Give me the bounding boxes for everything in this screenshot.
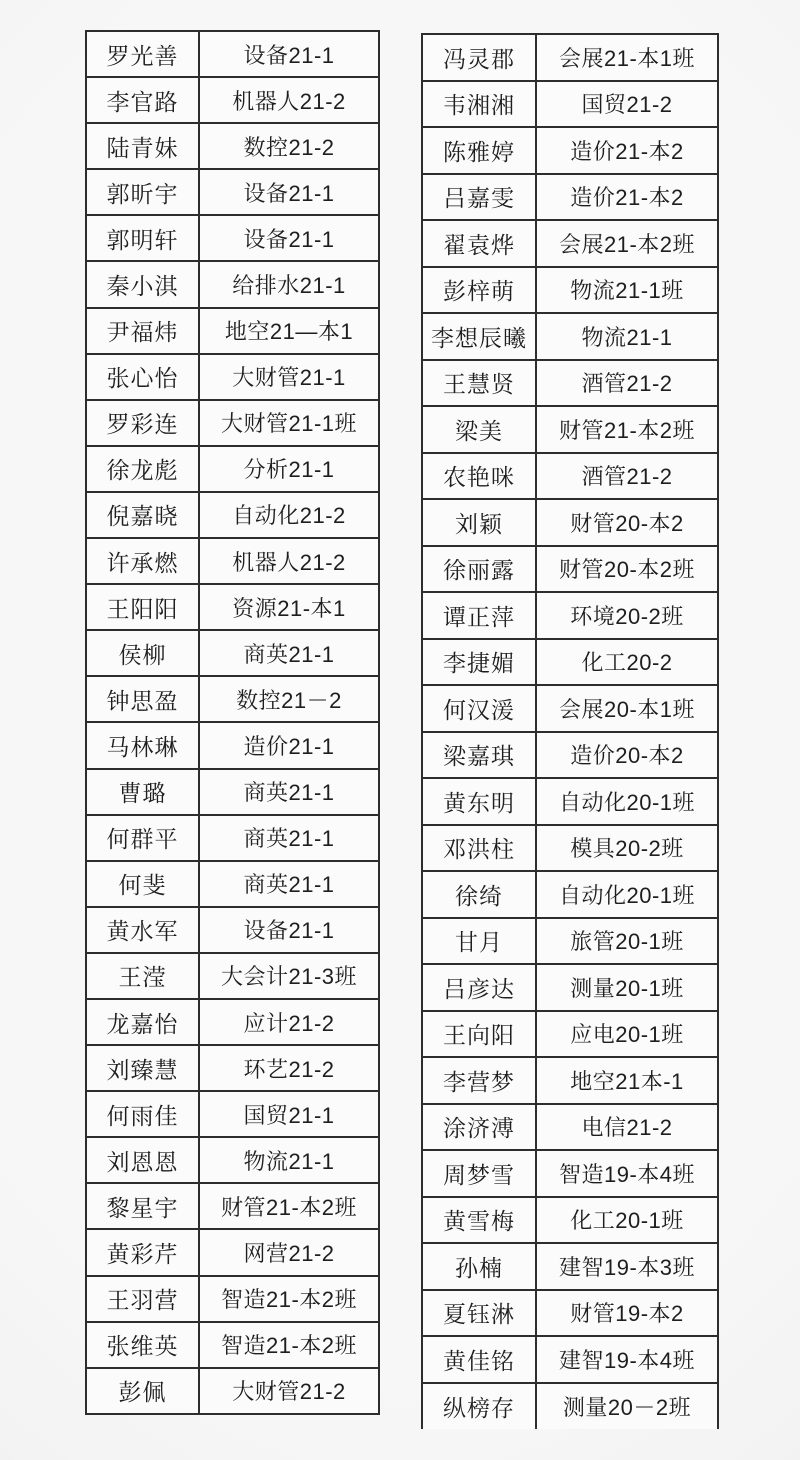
class-name-cell: 财管19-本2 (536, 1290, 718, 1337)
student-name-cell: 何雨佳 (86, 1091, 199, 1137)
student-name-cell: 曹璐 (86, 769, 199, 815)
class-name-cell: 化工20-2 (536, 639, 718, 686)
student-row: 罗彩连大财管21-1班 (86, 400, 379, 446)
student-row: 何斐商英21-1 (86, 861, 379, 907)
class-name-cell: 国贸21-2 (536, 81, 718, 128)
student-row: 邓洪柱模具20-2班 (422, 825, 718, 872)
student-name-cell: 涂济溥 (422, 1104, 536, 1151)
student-row: 黄东明自动化20-1班 (422, 778, 718, 825)
class-name-cell: 物流21-1班 (536, 267, 718, 314)
student-row: 陆青妹数控21-2 (86, 123, 379, 169)
class-name-cell: 环艺21-2 (199, 1045, 379, 1091)
student-name-cell: 秦小淇 (86, 261, 199, 307)
student-name-cell: 王阳阳 (86, 584, 199, 630)
student-name-cell: 冯灵郡 (422, 34, 536, 81)
class-name-cell: 大财管21-1班 (199, 400, 379, 446)
class-name-cell: 会展21-本2班 (536, 220, 718, 267)
student-name-cell: 郭明轩 (86, 215, 199, 261)
class-name-cell: 分析21-1 (199, 446, 379, 492)
class-name-cell: 财管21-本2班 (536, 406, 718, 453)
student-name-cell: 刘颖 (422, 499, 536, 546)
class-name-cell: 给排水21-1 (199, 261, 379, 307)
class-name-cell: 商英21-1 (199, 815, 379, 861)
student-name-cell: 梁美 (422, 406, 536, 453)
class-name-cell: 造价21-本2 (536, 127, 718, 174)
student-name-cell: 黄水军 (86, 907, 199, 953)
student-row: 刘臻慧环艺21-2 (86, 1045, 379, 1091)
class-name-cell: 机器人21-2 (199, 538, 379, 584)
student-row: 郭明轩设备21-1 (86, 215, 379, 261)
student-name-cell: 周梦雪 (422, 1150, 536, 1197)
class-name-cell: 商英21-1 (199, 861, 379, 907)
class-name-cell: 电信21-2 (536, 1104, 718, 1151)
student-row: 农艳咪酒管21-2 (422, 453, 718, 500)
student-name-cell: 刘恩恩 (86, 1137, 199, 1183)
class-name-cell: 地空21本-1 (536, 1057, 718, 1104)
student-name-cell: 吕嘉雯 (422, 174, 536, 221)
class-name-cell: 酒管21-2 (536, 453, 718, 500)
class-name-cell: 设备21-1 (199, 31, 379, 77)
student-name-cell: 翟袁烨 (422, 220, 536, 267)
class-name-cell: 设备21-1 (199, 907, 379, 953)
student-row: 罗光善设备21-1 (86, 31, 379, 77)
class-name-cell: 化工20-1班 (536, 1197, 718, 1244)
student-row: 梁嘉琪造价20-本2 (422, 732, 718, 779)
class-name-cell: 智造19-本4班 (536, 1150, 718, 1197)
class-name-cell: 国贸21-1 (199, 1091, 379, 1137)
class-name-cell: 自动化20-1班 (536, 778, 718, 825)
class-name-cell: 造价20-本2 (536, 732, 718, 779)
student-row: 翟袁烨会展21-本2班 (422, 220, 718, 267)
student-name-cell: 徐绮 (422, 871, 536, 918)
class-name-cell: 应计21-2 (199, 999, 379, 1045)
student-row: 王向阳应电20-1班 (422, 1011, 718, 1058)
student-name-cell: 许承燃 (86, 538, 199, 584)
student-name-cell: 纵榜存 (422, 1383, 536, 1430)
student-name-cell: 梁嘉琪 (422, 732, 536, 779)
class-name-cell: 数控21－2 (199, 676, 379, 722)
student-row: 黎星宇财管21-本2班 (86, 1183, 379, 1229)
class-name-cell: 建智19-本3班 (536, 1243, 718, 1290)
student-name-cell: 吕彦达 (422, 964, 536, 1011)
student-row: 张心怡大财管21-1 (86, 354, 379, 400)
student-name-cell: 马林琳 (86, 722, 199, 768)
student-name-cell: 谭正萍 (422, 592, 536, 639)
class-name-cell: 造价21-本2 (536, 174, 718, 221)
student-row: 甘月旅管20-1班 (422, 918, 718, 965)
student-name-cell: 张心怡 (86, 354, 199, 400)
class-name-cell: 资源21-本1 (199, 584, 379, 630)
class-name-cell: 测量20－2班 (536, 1383, 718, 1430)
student-row: 马林琳造价21-1 (86, 722, 379, 768)
student-name-cell: 韦湘湘 (422, 81, 536, 128)
student-row: 钟思盈数控21－2 (86, 676, 379, 722)
student-row: 徐丽露财管20-本2班 (422, 546, 718, 593)
class-name-cell: 财管20-本2班 (536, 546, 718, 593)
class-name-cell: 财管21-本2班 (199, 1183, 379, 1229)
student-row: 李捷媚化工20-2 (422, 639, 718, 686)
class-name-cell: 财管20-本2 (536, 499, 718, 546)
student-row: 李想辰曦物流21-1 (422, 313, 718, 360)
student-row: 周梦雪智造19-本4班 (422, 1150, 718, 1197)
student-row: 王羽营智造21-本2班 (86, 1276, 379, 1322)
student-name-cell: 李官路 (86, 77, 199, 123)
class-name-cell: 模具20-2班 (536, 825, 718, 872)
student-name-cell: 夏钰淋 (422, 1290, 536, 1337)
student-row: 刘恩恩物流21-1 (86, 1137, 379, 1183)
student-name-cell: 张维英 (86, 1322, 199, 1368)
student-row: 倪嘉晓自动化21-2 (86, 492, 379, 538)
student-row: 吕嘉雯造价21-本2 (422, 174, 718, 221)
student-row: 冯灵郡会展21-本1班 (422, 34, 718, 81)
roster-table-left-body: 罗光善设备21-1李官路机器人21-2陆青妹数控21-2郭昕宇设备21-1郭明轩… (86, 31, 379, 1414)
class-name-cell: 测量20-1班 (536, 964, 718, 1011)
student-name-cell: 刘臻慧 (86, 1045, 199, 1091)
class-name-cell: 智造21-本2班 (199, 1322, 379, 1368)
student-name-cell: 邓洪柱 (422, 825, 536, 872)
student-row: 纵榜存测量20－2班 (422, 1383, 718, 1430)
student-name-cell: 何汉湲 (422, 685, 536, 732)
student-name-cell: 徐丽露 (422, 546, 536, 593)
student-row: 李营梦地空21本-1 (422, 1057, 718, 1104)
student-row: 郭昕宇设备21-1 (86, 169, 379, 215)
student-row: 刘颖财管20-本2 (422, 499, 718, 546)
student-name-cell: 徐龙彪 (86, 446, 199, 492)
student-row: 曹璐商英21-1 (86, 769, 379, 815)
student-row: 黄雪梅化工20-1班 (422, 1197, 718, 1244)
class-name-cell: 自动化21-2 (199, 492, 379, 538)
student-row: 王慧贤酒管21-2 (422, 360, 718, 407)
student-row: 尹福炜地空21—本1 (86, 308, 379, 354)
student-row: 徐龙彪分析21-1 (86, 446, 379, 492)
class-name-cell: 自动化20-1班 (536, 871, 718, 918)
class-name-cell: 数控21-2 (199, 123, 379, 169)
student-name-cell: 陈雅婷 (422, 127, 536, 174)
class-name-cell: 旅管20-1班 (536, 918, 718, 965)
student-row: 秦小淇给排水21-1 (86, 261, 379, 307)
student-name-cell: 黄雪梅 (422, 1197, 536, 1244)
student-row: 韦湘湘国贸21-2 (422, 81, 718, 128)
student-row: 彭佩大财管21-2 (86, 1368, 379, 1414)
class-name-cell: 商英21-1 (199, 630, 379, 676)
student-row: 涂济溥电信21-2 (422, 1104, 718, 1151)
student-name-cell: 罗彩连 (86, 400, 199, 446)
student-row: 梁美财管21-本2班 (422, 406, 718, 453)
student-name-cell: 何群平 (86, 815, 199, 861)
class-name-cell: 大会计21-3班 (199, 953, 379, 999)
student-name-cell: 黄彩芹 (86, 1229, 199, 1275)
class-name-cell: 会展20-本1班 (536, 685, 718, 732)
class-name-cell: 商英21-1 (199, 769, 379, 815)
class-name-cell: 酒管21-2 (536, 360, 718, 407)
student-row: 何雨佳国贸21-1 (86, 1091, 379, 1137)
class-name-cell: 会展21-本1班 (536, 34, 718, 81)
class-name-cell: 造价21-1 (199, 722, 379, 768)
student-name-cell: 罗光善 (86, 31, 199, 77)
student-name-cell: 何斐 (86, 861, 199, 907)
student-name-cell: 李捷媚 (422, 639, 536, 686)
class-name-cell: 环境20-2班 (536, 592, 718, 639)
student-name-cell: 陆青妹 (86, 123, 199, 169)
student-row: 夏钰淋财管19-本2 (422, 1290, 718, 1337)
student-name-cell: 侯柳 (86, 630, 199, 676)
student-row: 徐绮自动化20-1班 (422, 871, 718, 918)
class-name-cell: 机器人21-2 (199, 77, 379, 123)
student-row: 吕彦达测量20-1班 (422, 964, 718, 1011)
student-name-cell: 尹福炜 (86, 308, 199, 354)
student-row: 黄水军设备21-1 (86, 907, 379, 953)
student-name-cell: 王滢 (86, 953, 199, 999)
student-name-cell: 倪嘉晓 (86, 492, 199, 538)
student-name-cell: 王向阳 (422, 1011, 536, 1058)
student-name-cell: 李想辰曦 (422, 313, 536, 360)
class-name-cell: 大财管21-1 (199, 354, 379, 400)
student-name-cell: 郭昕宇 (86, 169, 199, 215)
class-name-cell: 物流21-1 (199, 1137, 379, 1183)
student-row: 王阳阳资源21-本1 (86, 584, 379, 630)
class-name-cell: 应电20-1班 (536, 1011, 718, 1058)
student-row: 黄彩芹网营21-2 (86, 1229, 379, 1275)
student-name-cell: 龙嘉怡 (86, 999, 199, 1045)
student-name-cell: 甘月 (422, 918, 536, 965)
class-name-cell: 设备21-1 (199, 215, 379, 261)
class-name-cell: 智造21-本2班 (199, 1276, 379, 1322)
class-name-cell: 设备21-1 (199, 169, 379, 215)
class-name-cell: 网营21-2 (199, 1229, 379, 1275)
student-name-cell: 彭梓萌 (422, 267, 536, 314)
student-row: 许承燃机器人21-2 (86, 538, 379, 584)
student-row: 何群平商英21-1 (86, 815, 379, 861)
class-name-cell: 大财管21-2 (199, 1368, 379, 1414)
student-row: 孙楠建智19-本3班 (422, 1243, 718, 1290)
student-row: 黄佳铭建智19-本4班 (422, 1336, 718, 1383)
student-row: 陈雅婷造价21-本2 (422, 127, 718, 174)
roster-table-left: 罗光善设备21-1李官路机器人21-2陆青妹数控21-2郭昕宇设备21-1郭明轩… (85, 30, 380, 1415)
student-name-cell: 黄东明 (422, 778, 536, 825)
student-name-cell: 彭佩 (86, 1368, 199, 1414)
student-row: 何汉湲会展20-本1班 (422, 685, 718, 732)
student-name-cell: 农艳咪 (422, 453, 536, 500)
student-name-cell: 钟思盈 (86, 676, 199, 722)
student-name-cell: 黄佳铭 (422, 1336, 536, 1383)
student-row: 龙嘉怡应计21-2 (86, 999, 379, 1045)
class-name-cell: 物流21-1 (536, 313, 718, 360)
class-name-cell: 建智19-本4班 (536, 1336, 718, 1383)
student-row: 张维英智造21-本2班 (86, 1322, 379, 1368)
student-name-cell: 王羽营 (86, 1276, 199, 1322)
student-name-cell: 王慧贤 (422, 360, 536, 407)
student-name-cell: 孙楠 (422, 1243, 536, 1290)
student-row: 王滢大会计21-3班 (86, 953, 379, 999)
student-row: 彭梓萌物流21-1班 (422, 267, 718, 314)
student-row: 谭正萍环境20-2班 (422, 592, 718, 639)
student-name-cell: 李营梦 (422, 1057, 536, 1104)
student-name-cell: 黎星宇 (86, 1183, 199, 1229)
roster-table-right: 冯灵郡会展21-本1班韦湘湘国贸21-2陈雅婷造价21-本2吕嘉雯造价21-本2… (421, 33, 719, 1429)
roster-table-right-body: 冯灵郡会展21-本1班韦湘湘国贸21-2陈雅婷造价21-本2吕嘉雯造价21-本2… (422, 34, 718, 1429)
student-row: 李官路机器人21-2 (86, 77, 379, 123)
student-row: 侯柳商英21-1 (86, 630, 379, 676)
class-name-cell: 地空21—本1 (199, 308, 379, 354)
